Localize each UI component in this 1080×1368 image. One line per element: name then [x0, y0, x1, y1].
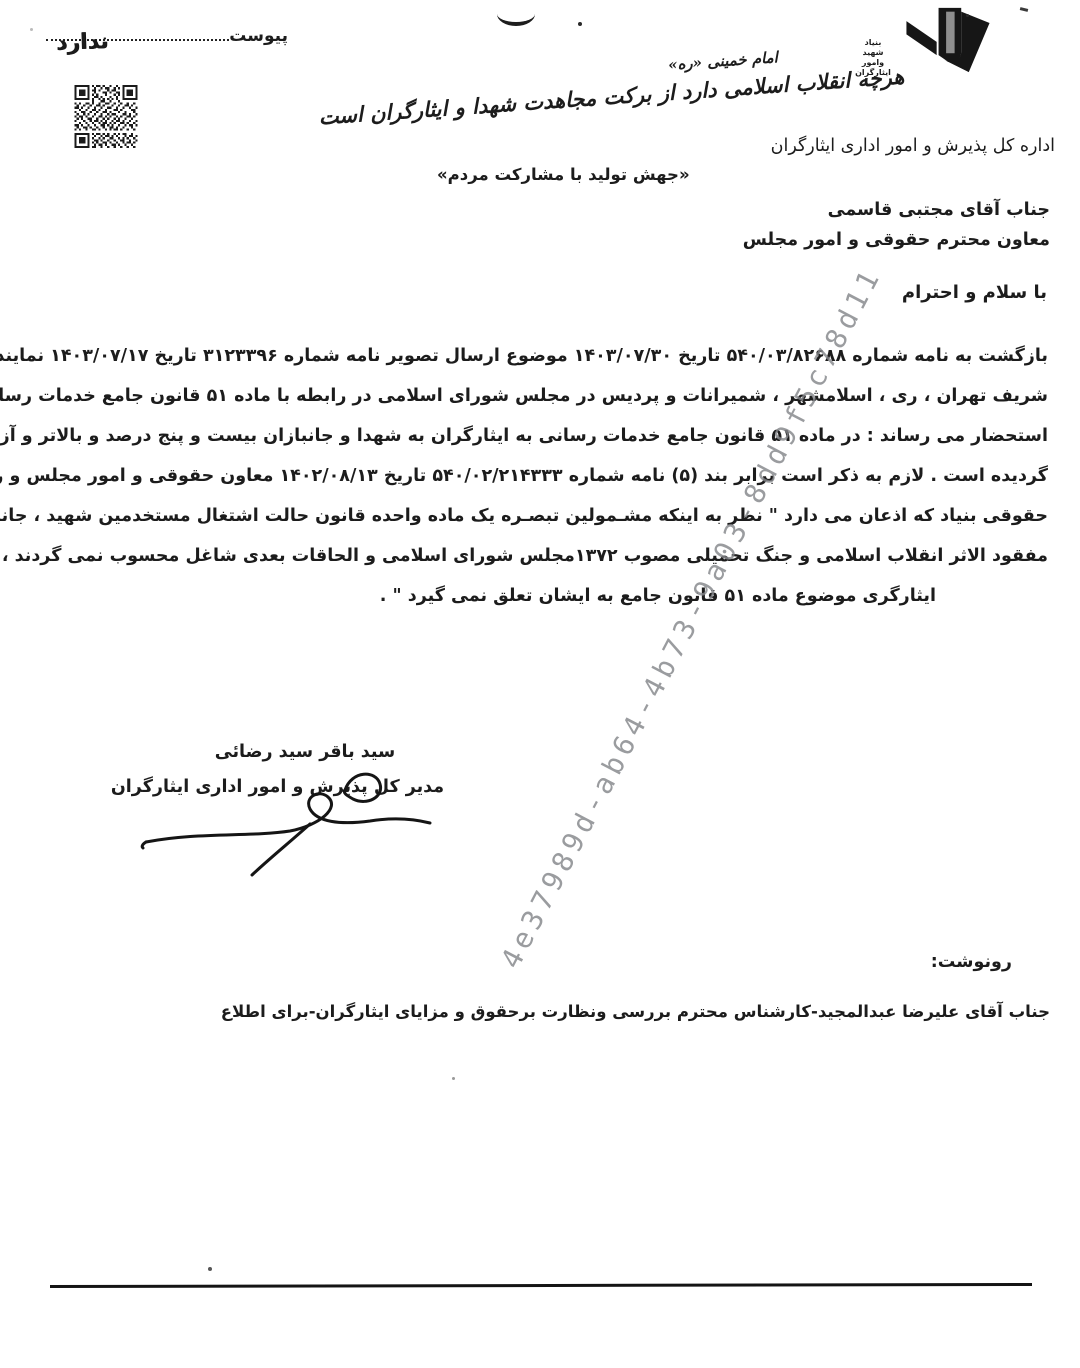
signer-name: سید باقر سید رضائی	[175, 742, 435, 762]
imam-attribution: امام خمینی «ره»	[668, 48, 779, 74]
attachment-label: پیوست	[229, 26, 292, 46]
attachment-value-handwritten: ندارد	[56, 29, 109, 56]
body-line-4: گردیده است . لازم به ذکر است برابر بند (…	[35, 456, 1048, 496]
scan-artifact-dot	[208, 1267, 212, 1271]
footer-rule	[50, 1283, 1032, 1288]
scan-artifact-dot	[452, 1077, 455, 1080]
salutation: با سلام و احترام	[902, 282, 1047, 303]
cc-entry: جناب آقای علیرضا عبدالمجید-کارشناس محترم…	[221, 1002, 1050, 1021]
recipient-name: جناب آقای مجتبی قاسمی	[828, 200, 1050, 220]
cc-label: رونوشت:	[931, 952, 1012, 972]
scan-artifact-dot	[966, 14, 969, 17]
body-line-1: بازگشت به نامه شماره ۵۴۰/۰۳/۸۲۶۸۸ تاریخ …	[35, 336, 1048, 376]
scan-artifact-dash	[1020, 7, 1028, 12]
org-name-line1: بنیاد	[843, 38, 903, 48]
foundation-emblem-icon	[903, 6, 993, 74]
body-line-6: مفقود الاثر انقلاب اسلامی و جنگ تحمیلی م…	[35, 536, 1048, 576]
body-line-7: ایثارگری موضوع ماده ۵۱ قانون جامع به ایش…	[447, 576, 936, 616]
scan-artifact-curve	[497, 14, 535, 26]
qr-code-icon	[73, 85, 139, 148]
letter-body: بازگشت به نامه شماره ۵۴۰/۰۳/۸۲۶۸۸ تاریخ …	[35, 336, 1048, 616]
imam-quote-calligraphy: هرچه انقلاب اسلامی دارد از برکت مجاهدت ش…	[318, 64, 905, 130]
signature-icon	[138, 762, 438, 882]
org-name-line2: شهید	[843, 48, 903, 58]
body-line-2: شریف تهران ، ری ، اسلامشهر ، شمیرانات و …	[35, 376, 1048, 416]
scan-artifact-dot	[578, 22, 582, 26]
body-line-3: استحضار می رساند : در ماده ۵۱ قانون جامع…	[35, 416, 1048, 456]
recipient-title: معاون محترم حقوقی و امور مجلس	[743, 230, 1050, 250]
year-slogan: «جهش تولید با مشارکت مردم»	[437, 165, 690, 184]
department-line: اداره کل پذیرش و امور اداری ایثارگران	[771, 136, 1055, 156]
body-line-5: حقوقی بنیاد که اذعان می دارد " نظر به ای…	[35, 496, 1048, 536]
letter-page: پیوست ندارد بنی	[0, 0, 1080, 1368]
scan-artifact-dot	[30, 28, 33, 31]
